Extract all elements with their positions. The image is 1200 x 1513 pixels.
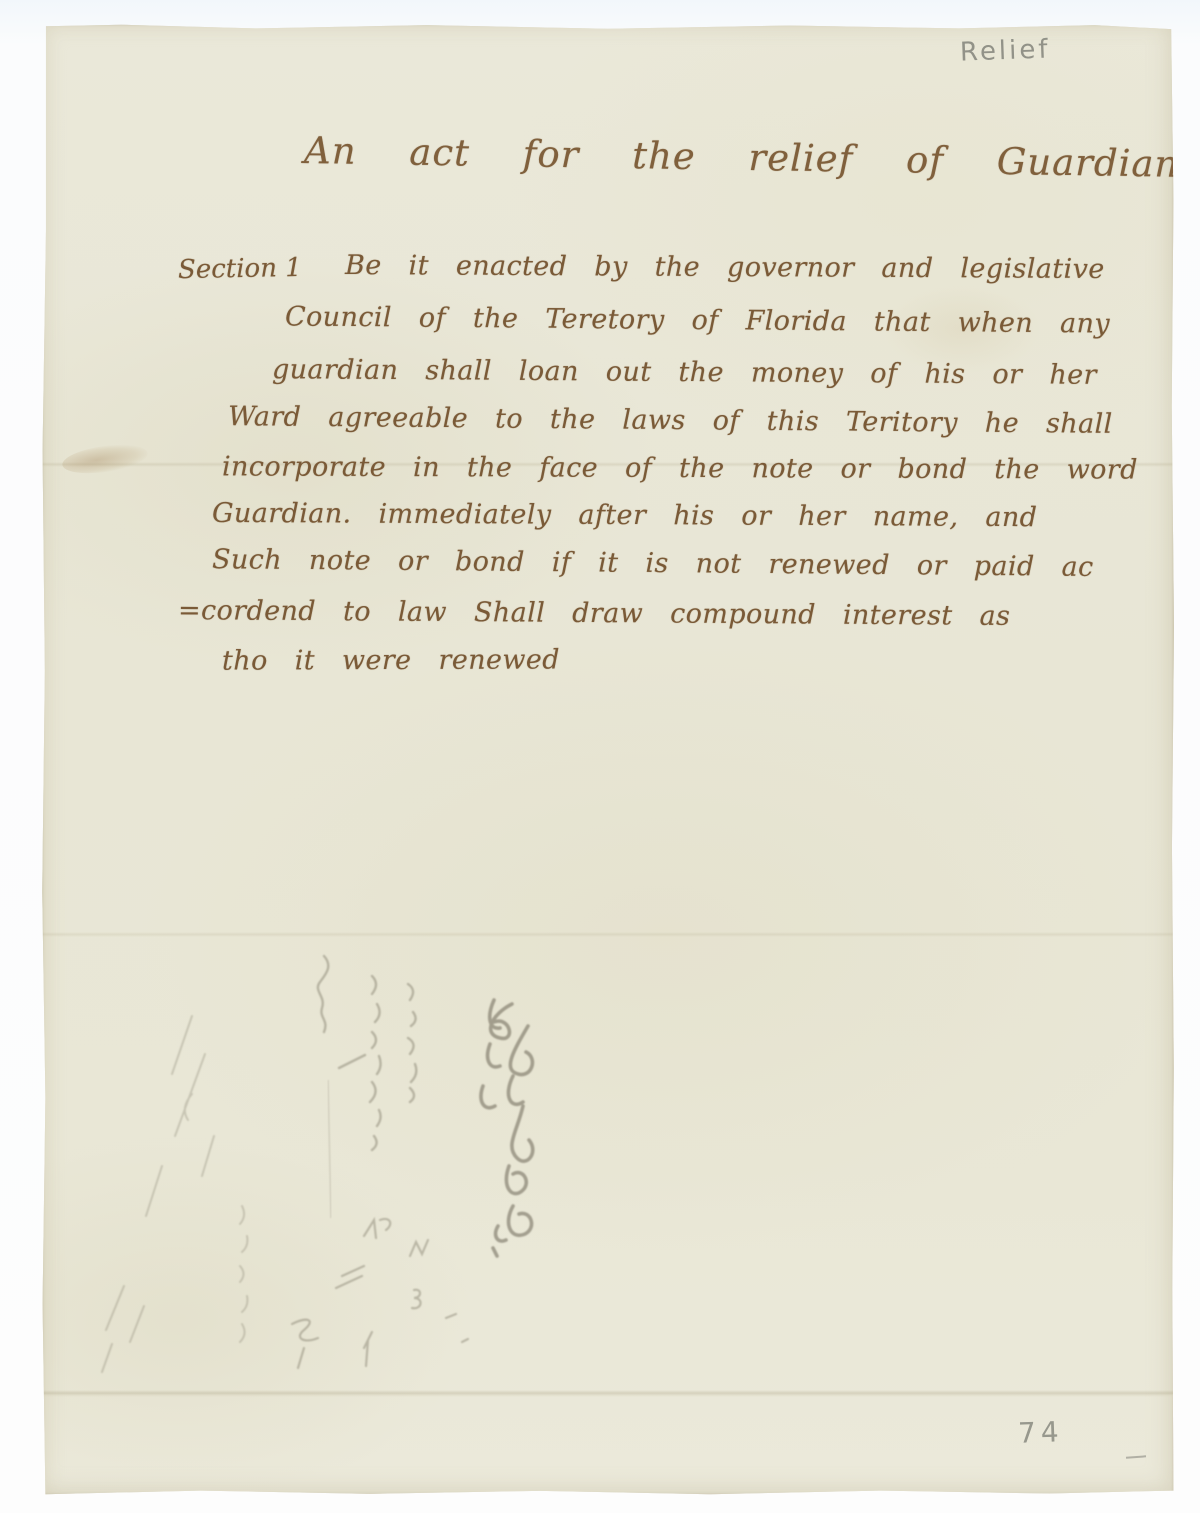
- manuscript-line-3: guardian shall loan out the money of his…: [272, 354, 1097, 391]
- pencil-annotation-relief: Relief: [960, 34, 1051, 67]
- pencil-dash-mark: [1126, 1455, 1146, 1458]
- document-title: An act for the relief of Guardians: [304, 129, 1200, 186]
- manuscript-line-5: incorporate in the face of the note or b…: [222, 451, 1138, 485]
- document-page: Relief An act for the relief of Guardian…: [42, 24, 1174, 1495]
- scan-backdrop: Relief An act for the relief of Guardian…: [0, 0, 1200, 1513]
- manuscript-line-9: tho it were renewed: [222, 644, 560, 676]
- paper-stain: [61, 440, 150, 478]
- manuscript-line-7: Such note or bond if it is not renewed o…: [212, 544, 1094, 583]
- manuscript-line-6: Guardian. immediately after his or her n…: [212, 498, 1037, 533]
- manuscript-line-1: Be it enacted by the governor and legisl…: [345, 250, 1105, 285]
- manuscript-line-4: Ward agreeable to the laws of this Terit…: [228, 401, 1113, 440]
- ink-bleed-through: [42, 904, 602, 1384]
- pencil-page-number: 74: [1017, 1415, 1064, 1450]
- fold-crease-middle: [42, 932, 1174, 937]
- manuscript-line-8: =cordend to law Shall draw compound inte…: [178, 595, 1011, 632]
- section-label: Section 1: [178, 253, 302, 285]
- fold-crease-lower: [42, 1390, 1174, 1397]
- manuscript-line-2: Council of the Teretory of Florida that …: [285, 301, 1110, 339]
